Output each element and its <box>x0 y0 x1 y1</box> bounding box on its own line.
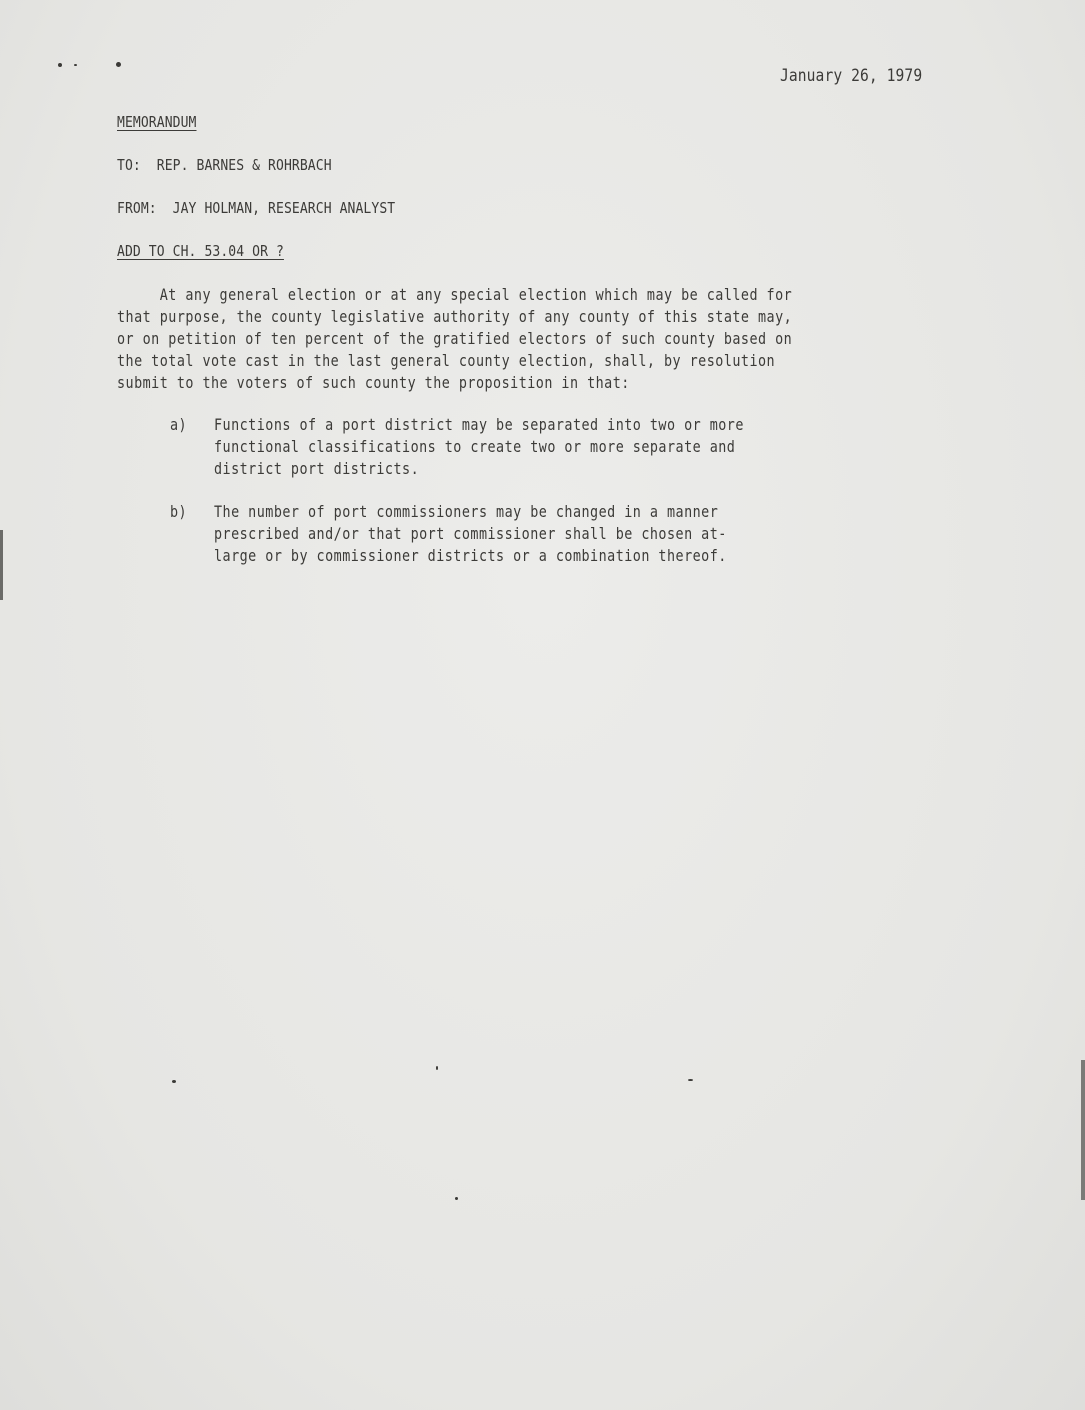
memo-to: TO: REP. BARNES & ROHRBACH <box>117 156 332 174</box>
list-item-line: Functions of a port district may be sepa… <box>214 416 744 434</box>
stray-mark <box>172 1080 176 1083</box>
stray-mark <box>455 1197 458 1200</box>
list-item-line: functional classifications to create two… <box>214 438 735 456</box>
punch-mark <box>74 64 77 66</box>
punch-mark <box>58 63 62 67</box>
body-line: or on petition of ten percent of the gra… <box>117 330 792 348</box>
list-item-label: b) <box>170 503 187 521</box>
memo-title: MEMORANDUM <box>117 113 196 131</box>
body-line: At any general election or at any specia… <box>117 286 792 304</box>
list-item-line: large or by commissioner districts or a … <box>214 547 727 565</box>
body-line: the total vote cast in the last general … <box>117 352 775 370</box>
list-item-line: prescribed and/or that port commissioner… <box>214 525 727 543</box>
list-item-label: a) <box>170 416 187 434</box>
stray-mark <box>688 1079 693 1081</box>
list-item-line: district port districts. <box>214 460 419 478</box>
memo-from: FROM: JAY HOLMAN, RESEARCH ANALYST <box>117 199 395 217</box>
punch-mark <box>116 62 121 67</box>
stray-mark <box>436 1066 438 1070</box>
page-edge-shadow <box>0 530 3 600</box>
memo-date: January 26, 1979 <box>780 66 922 86</box>
memo-subject: ADD TO CH. 53.04 OR ? <box>117 242 284 260</box>
page-edge-shadow <box>1081 1060 1085 1200</box>
body-line: that purpose, the county legislative aut… <box>117 308 792 326</box>
memo-page: January 26, 1979 MEMORANDUM TO: REP. BAR… <box>0 0 1085 1410</box>
list-item-line: The number of port commissioners may be … <box>214 503 718 521</box>
body-line: submit to the voters of such county the … <box>117 374 630 392</box>
